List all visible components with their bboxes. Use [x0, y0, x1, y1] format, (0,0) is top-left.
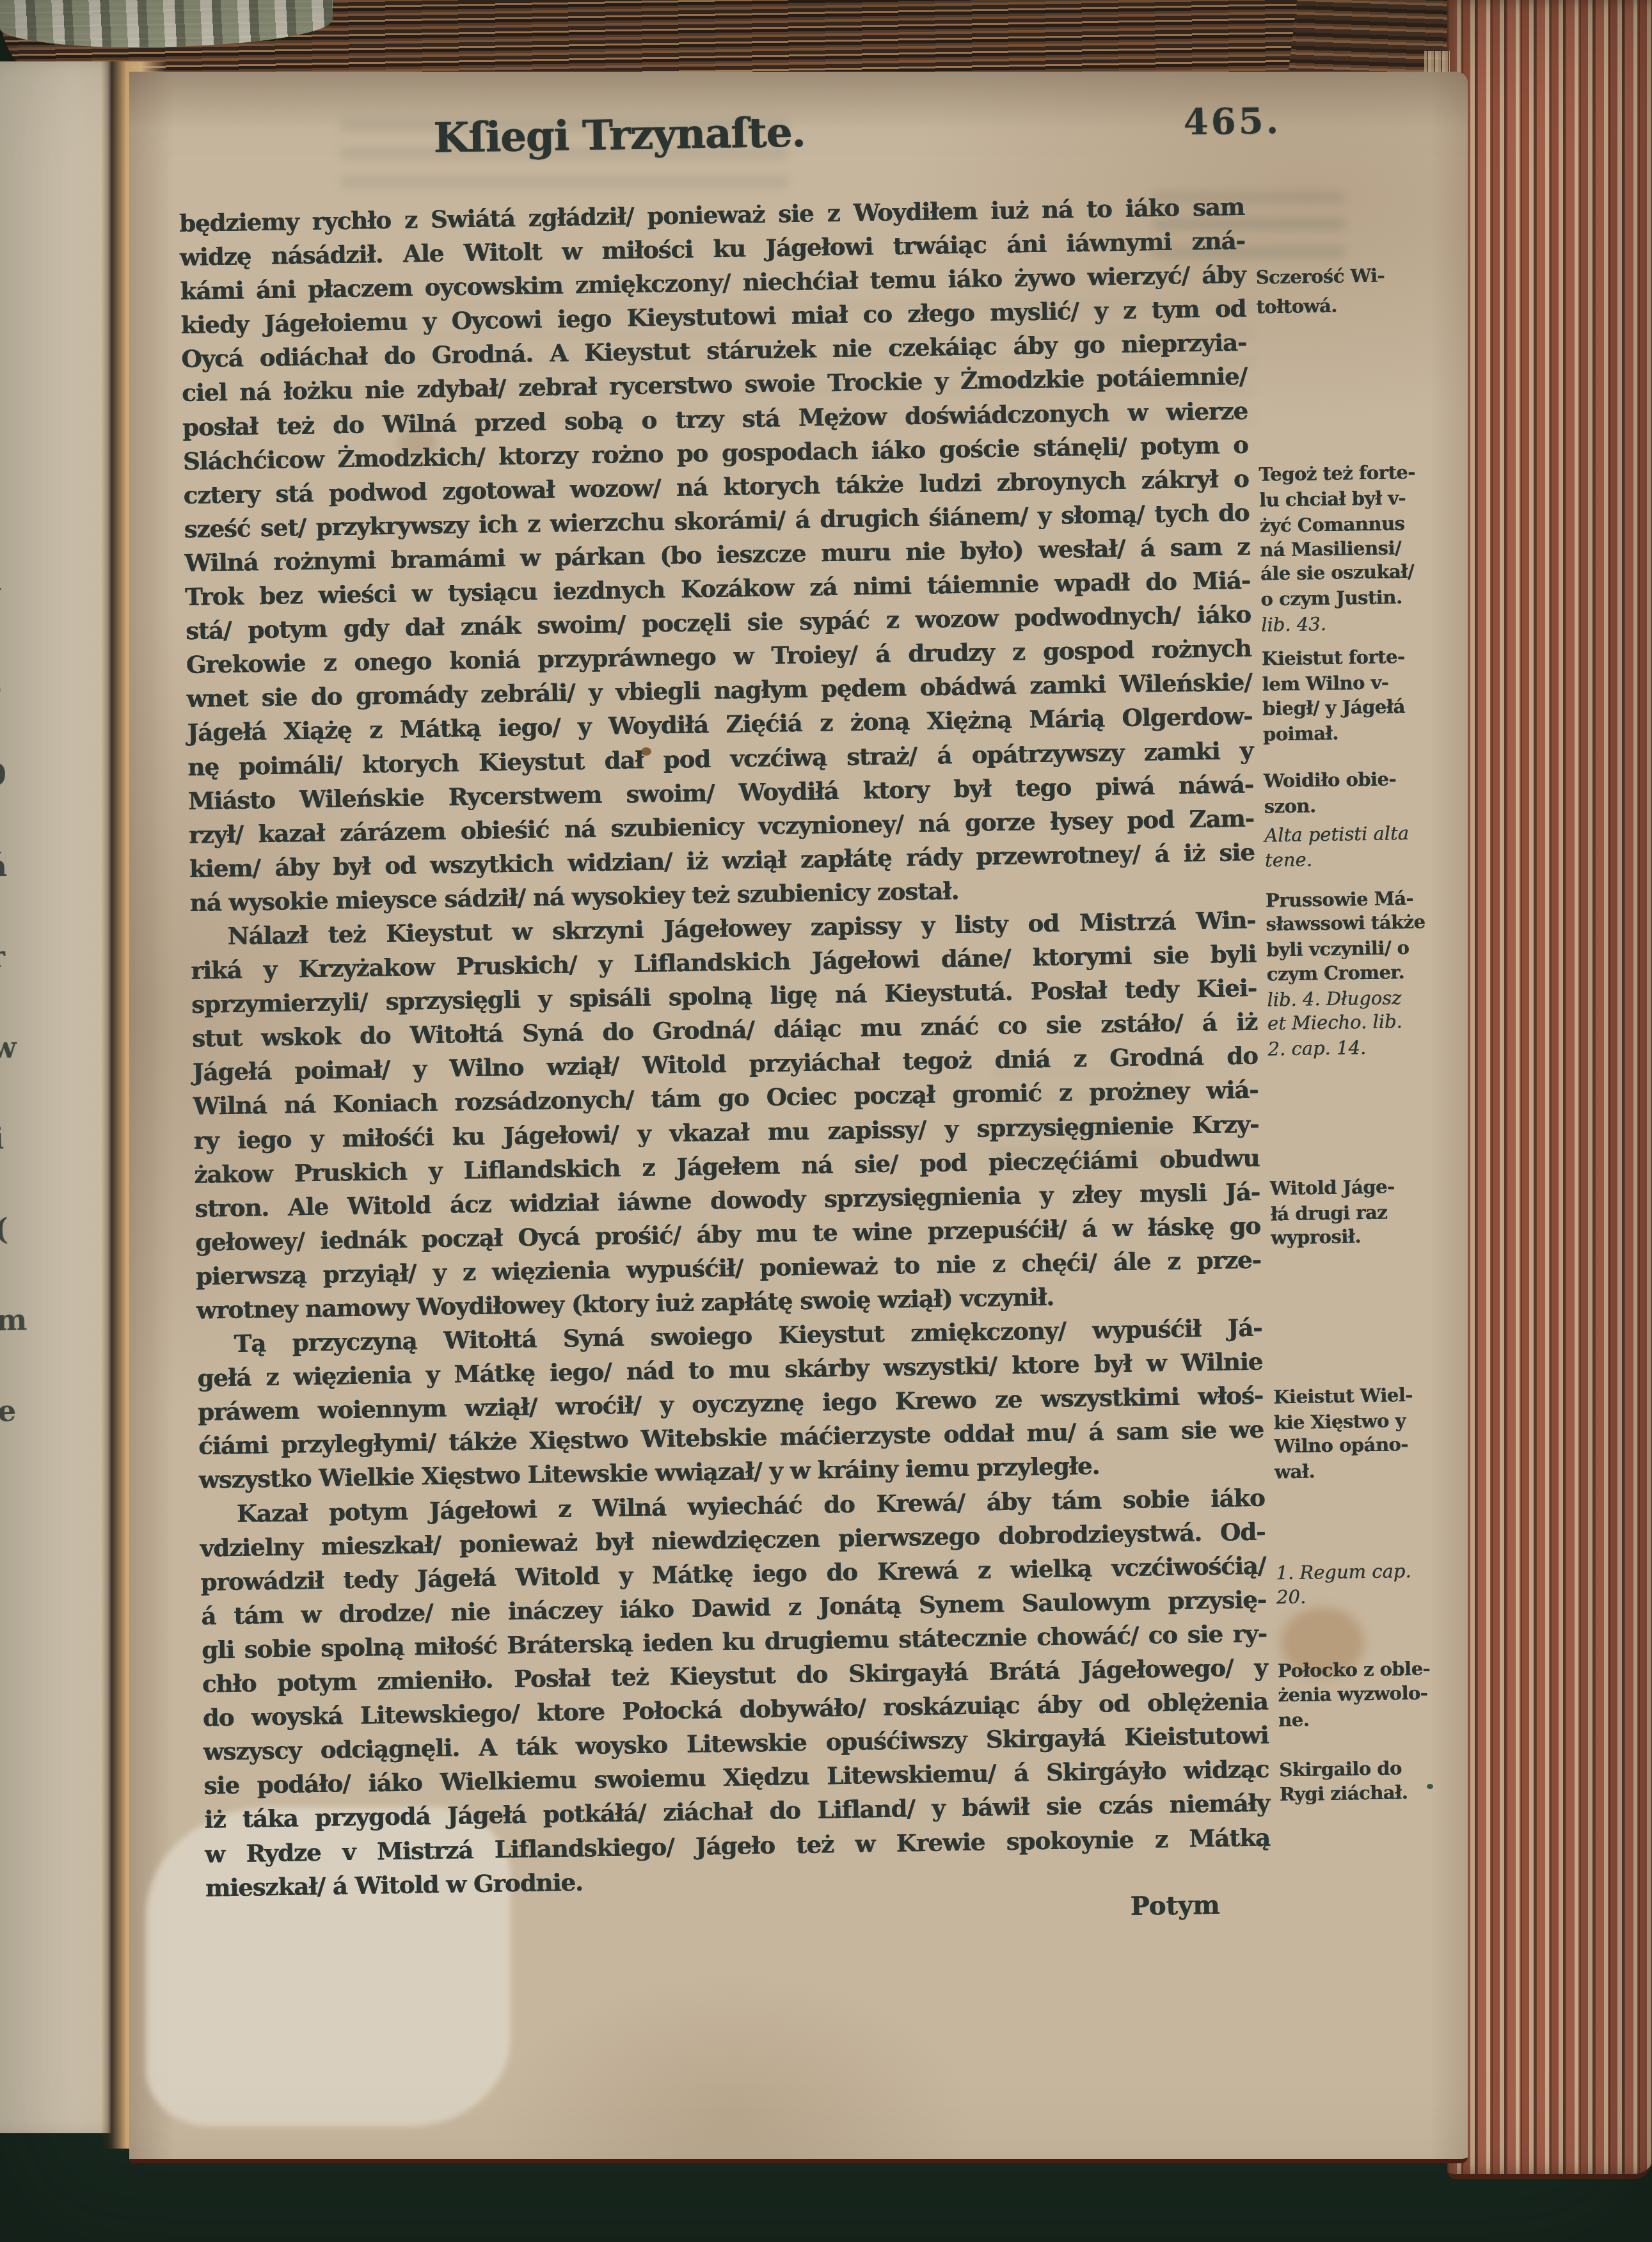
- margin-note-line: kie Xięstwo y: [1273, 1409, 1465, 1434]
- margin-note-line: szon.: [1264, 793, 1456, 818]
- printed-text-block: Kſiegi Trzynaſte. 465. będziemy rychło z…: [113, 61, 1484, 2169]
- cutoff-glyph: y: [0, 578, 17, 608]
- margin-note-line: Połocko z oble-: [1277, 1657, 1469, 1682]
- cutoff-glyph: w: [0, 1032, 25, 1062]
- margin-note-line: o czym Justin.: [1260, 585, 1452, 610]
- margin-note-line: ná Masiliensi/: [1260, 536, 1452, 561]
- margin-note-line: lib. 43.: [1261, 611, 1453, 636]
- margin-note-line: Witold Jáge-: [1270, 1175, 1462, 1200]
- cutoff-glyph: t: [0, 397, 13, 427]
- margin-note-line: lu chciał był v-: [1259, 486, 1451, 511]
- margin-note-line: poimał.: [1262, 720, 1454, 745]
- body-text: będziemy rychło z Swiátá zgłádził/ ponie…: [179, 190, 1271, 1905]
- margin-note-line: 20.: [1276, 1584, 1468, 1609]
- cutoff-glyph: /: [0, 488, 15, 518]
- margin-note-line: lem Wilno v-: [1262, 671, 1454, 696]
- book-page-scan: łkt/yś9árwi(me Kſiegi Trzynaſte. 465. bę…: [0, 0, 1652, 2242]
- margin-note-line: Kieistut Wiel-: [1273, 1383, 1465, 1408]
- margin-note-line: lib. 4. Długosz: [1267, 986, 1459, 1011]
- margin-note-line: biegł/ y Jágełá: [1262, 695, 1454, 720]
- cutoff-glyph: ł: [0, 215, 10, 245]
- margin-note-line: wał.: [1275, 1458, 1466, 1483]
- cutoff-glyph: (: [0, 1214, 28, 1244]
- margin-note-line: ne.: [1278, 1706, 1470, 1731]
- margin-note-line: byli vczynili/ o: [1266, 936, 1458, 961]
- margin-note-line: Kieistut forte-: [1262, 645, 1454, 670]
- margin-note-line: Sczerość Wi-: [1255, 264, 1447, 289]
- facing-page-text-fragments: łkt/yś9árwi(me: [0, 215, 31, 1426]
- margin-note-line: Prussowie Má-: [1266, 887, 1457, 912]
- margin-note-line: Alta petisti alta: [1264, 822, 1456, 847]
- margin-note-line: sławssowi tákże: [1266, 910, 1457, 935]
- margin-note-line: żyć Comannus: [1259, 512, 1451, 537]
- page-465: Kſiegi Trzynaſte. 465. będziemy rychło z…: [129, 72, 1468, 2163]
- cutoff-glyph: i: [0, 1123, 26, 1153]
- margin-note-line: ále sie oszukał/: [1260, 560, 1452, 585]
- margin-note-line: Skirgailo do: [1279, 1756, 1471, 1781]
- cutoff-glyph: 9: [0, 760, 20, 790]
- margin-note-line: Wilno opáno-: [1274, 1433, 1466, 1458]
- cutoff-glyph: k: [0, 306, 12, 336]
- margin-note-line: 1. Regum cap.: [1276, 1559, 1468, 1584]
- margin-note-line: czym Cromer.: [1266, 960, 1458, 985]
- margin-note-line: Rygi ziáchał.: [1279, 1781, 1471, 1806]
- cutoff-glyph: ś: [0, 669, 19, 699]
- margin-note-line: wyprosił.: [1271, 1224, 1463, 1249]
- margin-note-line: Tegoż też forte-: [1259, 461, 1450, 486]
- margin-note-line: tene.: [1265, 847, 1457, 871]
- margin-note-line: et Miecho. lib.: [1267, 1010, 1459, 1035]
- cutoff-glyph: e: [0, 1395, 31, 1426]
- catchword: Potym: [1069, 1889, 1281, 1922]
- cutoff-glyph: á: [0, 851, 22, 881]
- margin-note-line: 2. cap. 14.: [1267, 1035, 1459, 1060]
- margin-note-line: łá drugi raz: [1270, 1200, 1462, 1225]
- margin-note-line: żenia wyzwolo-: [1278, 1681, 1470, 1706]
- margin-note-line: tołtowá.: [1256, 293, 1448, 318]
- running-title: Kſiegi Trzynaſte.: [382, 107, 856, 163]
- cutoff-glyph: r: [0, 942, 23, 972]
- cutoff-glyph: m: [0, 1305, 29, 1335]
- margin-note-line: Woidiło obie-: [1264, 767, 1456, 792]
- page-number: 465.: [1183, 99, 1324, 143]
